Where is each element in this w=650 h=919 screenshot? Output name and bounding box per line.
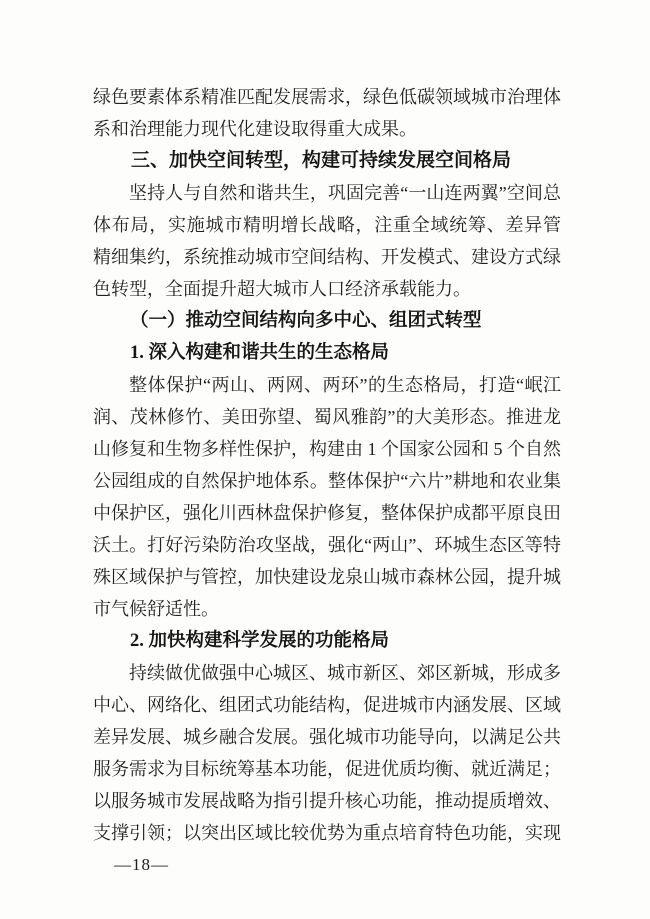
body-text-line: 中保护区，强化川西林盘保护修复，整体保护成都平原良田 (93, 497, 561, 529)
subsection-heading: （一）推动空间结构向多中心、组团式转型 (93, 305, 561, 337)
page-number: —18— (93, 849, 561, 881)
section-heading: 三、加快空间转型，构建可持续发展空间格局 (93, 145, 561, 177)
body-text-line: 市气候舒适性。 (93, 593, 561, 625)
body-text-line: 中心、网络化、组团式功能结构，促进城市内涵发展、区域 (93, 689, 561, 721)
numbered-heading: 2. 加快构建科学发展的功能格局 (93, 625, 561, 657)
body-text-line: 精细集约，系统推动城市空间结构、开发模式、建设方式绿 (93, 241, 561, 273)
body-text-line: 绿色要素体系精准匹配发展需求，绿色低碳领域城市治理体 (93, 81, 561, 113)
body-text-line: 殊区域保护与管控，加快建设龙泉山城市森林公园，提升城 (93, 561, 561, 593)
body-text-line: 差异发展、城乡融合发展。强化城市功能导向，以满足公共 (93, 721, 561, 753)
body-text-line: 支撑引领；以突出区域比较优势为重点培育特色功能，实现 (93, 817, 561, 849)
body-text-line: 公园组成的自然保护地体系。整体保护“六片”耕地和农业集 (93, 465, 561, 497)
body-text-line: 持续做优做强中心城区、城市新区、郊区新城，形成多 (93, 657, 561, 689)
document-page: 绿色要素体系精准匹配发展需求，绿色低碳领域城市治理体 系和治理能力现代化建设取得… (0, 0, 650, 919)
body-text-line: 坚持人与自然和谐共生，巩固完善“一山连两翼”空间总 (93, 177, 561, 209)
body-text-line: 系和治理能力现代化建设取得重大成果。 (93, 113, 561, 145)
body-text-line: 以服务城市发展战略为指引提升核心功能，推动提质增效、 (93, 785, 561, 817)
body-text-line: 润、茂林修竹、美田弥望、蜀风雅韵”的大美形态。推进龙门 (93, 401, 561, 433)
body-text-line: 体布局，实施城市精明增长战略，注重全域统筹、差异管控、 (93, 209, 561, 241)
numbered-heading: 1. 深入构建和谐共生的生态格局 (93, 337, 561, 369)
body-text-line: 山修复和生物多样性保护，构建由 1 个国家公园和 5 个自然 (93, 433, 561, 465)
body-text-line: 色转型，全面提升超大城市人口经济承载能力。 (93, 273, 561, 305)
body-text-line: 整体保护“两山、两网、两环”的生态格局，打造“岷江水 (93, 369, 561, 401)
document-content: 绿色要素体系精准匹配发展需求，绿色低碳领域城市治理体 系和治理能力现代化建设取得… (93, 81, 561, 881)
body-text-line: 沃土。打好污染防治攻坚战，强化“两山”、环城生态区等特 (93, 529, 561, 561)
body-text-line: 服务需求为目标统筹基本功能，促进优质均衡、就近满足； (93, 753, 561, 785)
